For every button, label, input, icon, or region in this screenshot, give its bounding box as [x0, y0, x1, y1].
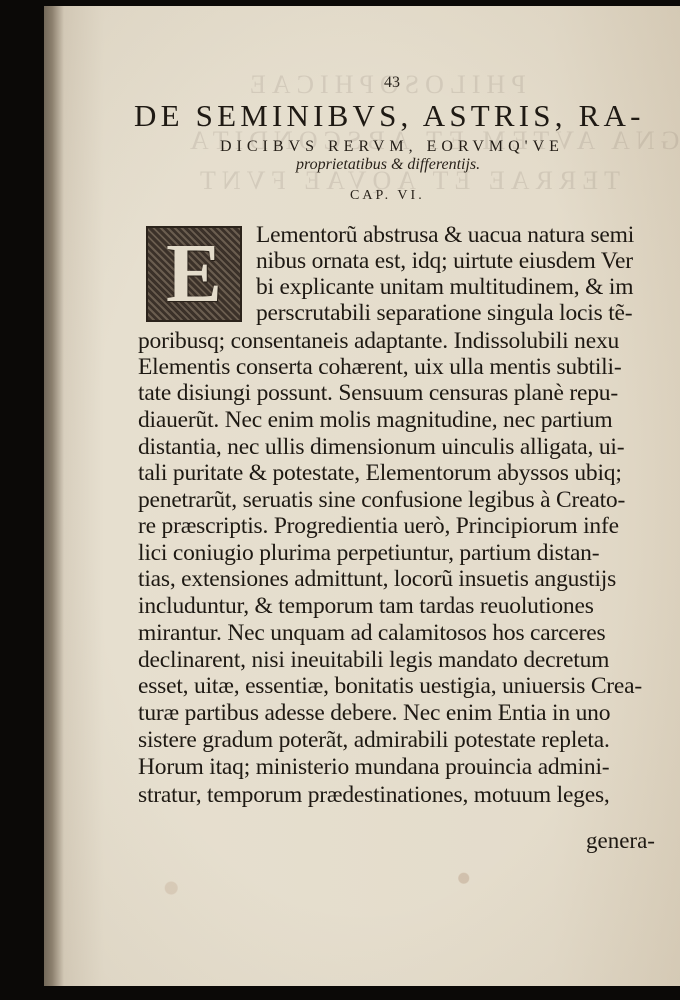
chapter-number: CAP. VI.	[350, 188, 425, 204]
text-line: perscrutabili separatione singula locis …	[256, 300, 632, 327]
chapter-heading-line-3: proprietatibus & differentijs.	[296, 156, 480, 174]
text-line: bi explicante unitam multitudinem, & im	[256, 274, 633, 301]
text-line: Horum itaq; ministerio mundana prouincia…	[138, 754, 609, 781]
text-line: esset, uitæ, essentiæ, bonitatis uestigi…	[138, 673, 642, 700]
text-line: includuntur, & temporum tam tardas reuol…	[138, 593, 594, 620]
chapter-heading-line-2: DICIBVS RERVM, EORVMQ'VE	[220, 138, 564, 156]
catchword: genera-	[586, 828, 655, 854]
text-line: stratur, temporum prædestinationes, motu…	[138, 782, 610, 809]
text-line: tias, extensiones admittunt, locorũ insu…	[138, 566, 616, 593]
text-line: tate disiungi possunt. Sensuum censuras …	[138, 380, 618, 407]
page-number: 43	[384, 74, 400, 92]
text-line: Elementis conserta cohærent, uix ulla me…	[138, 354, 621, 381]
text-line: re præscriptis. Progredientia uerò, Prin…	[138, 513, 619, 540]
text-line: Lementorũ abstrusa & uacua natura semi	[256, 222, 634, 249]
text-line: lici coniugio plurima perpetiuntur, part…	[138, 540, 599, 567]
text-line: diauerũt. Nec enim molis magnitudine, ne…	[138, 407, 612, 434]
text-line: turæ partibus adesse debere. Nec enim En…	[138, 700, 610, 727]
text-line: tali puritate & potestate, Elementorum a…	[138, 460, 622, 487]
text-line: declinarent, nisi ineuitabili legis mand…	[138, 647, 609, 674]
decorated-initial-icon: E	[146, 226, 242, 322]
text-line: poribusq; consentaneis adaptante. Indiss…	[138, 328, 619, 355]
text-line: mirantur. Nec unquam ad calamitosos hos …	[138, 620, 605, 647]
initial-letter: E	[166, 232, 222, 316]
text-line: nibus ornata est, idq; uirtute eiusdem V…	[256, 248, 633, 275]
chapter-heading-line-1: DE SEMINIBVS, ASTRIS, RA-	[134, 98, 664, 134]
text-line: distantia, nec ullis dimensionum uinculi…	[138, 434, 624, 461]
text-line: sistere gradum poterãt, admirabili potes…	[138, 727, 610, 754]
text-line: penetrarũt, seruatis sine confusione leg…	[138, 487, 625, 514]
